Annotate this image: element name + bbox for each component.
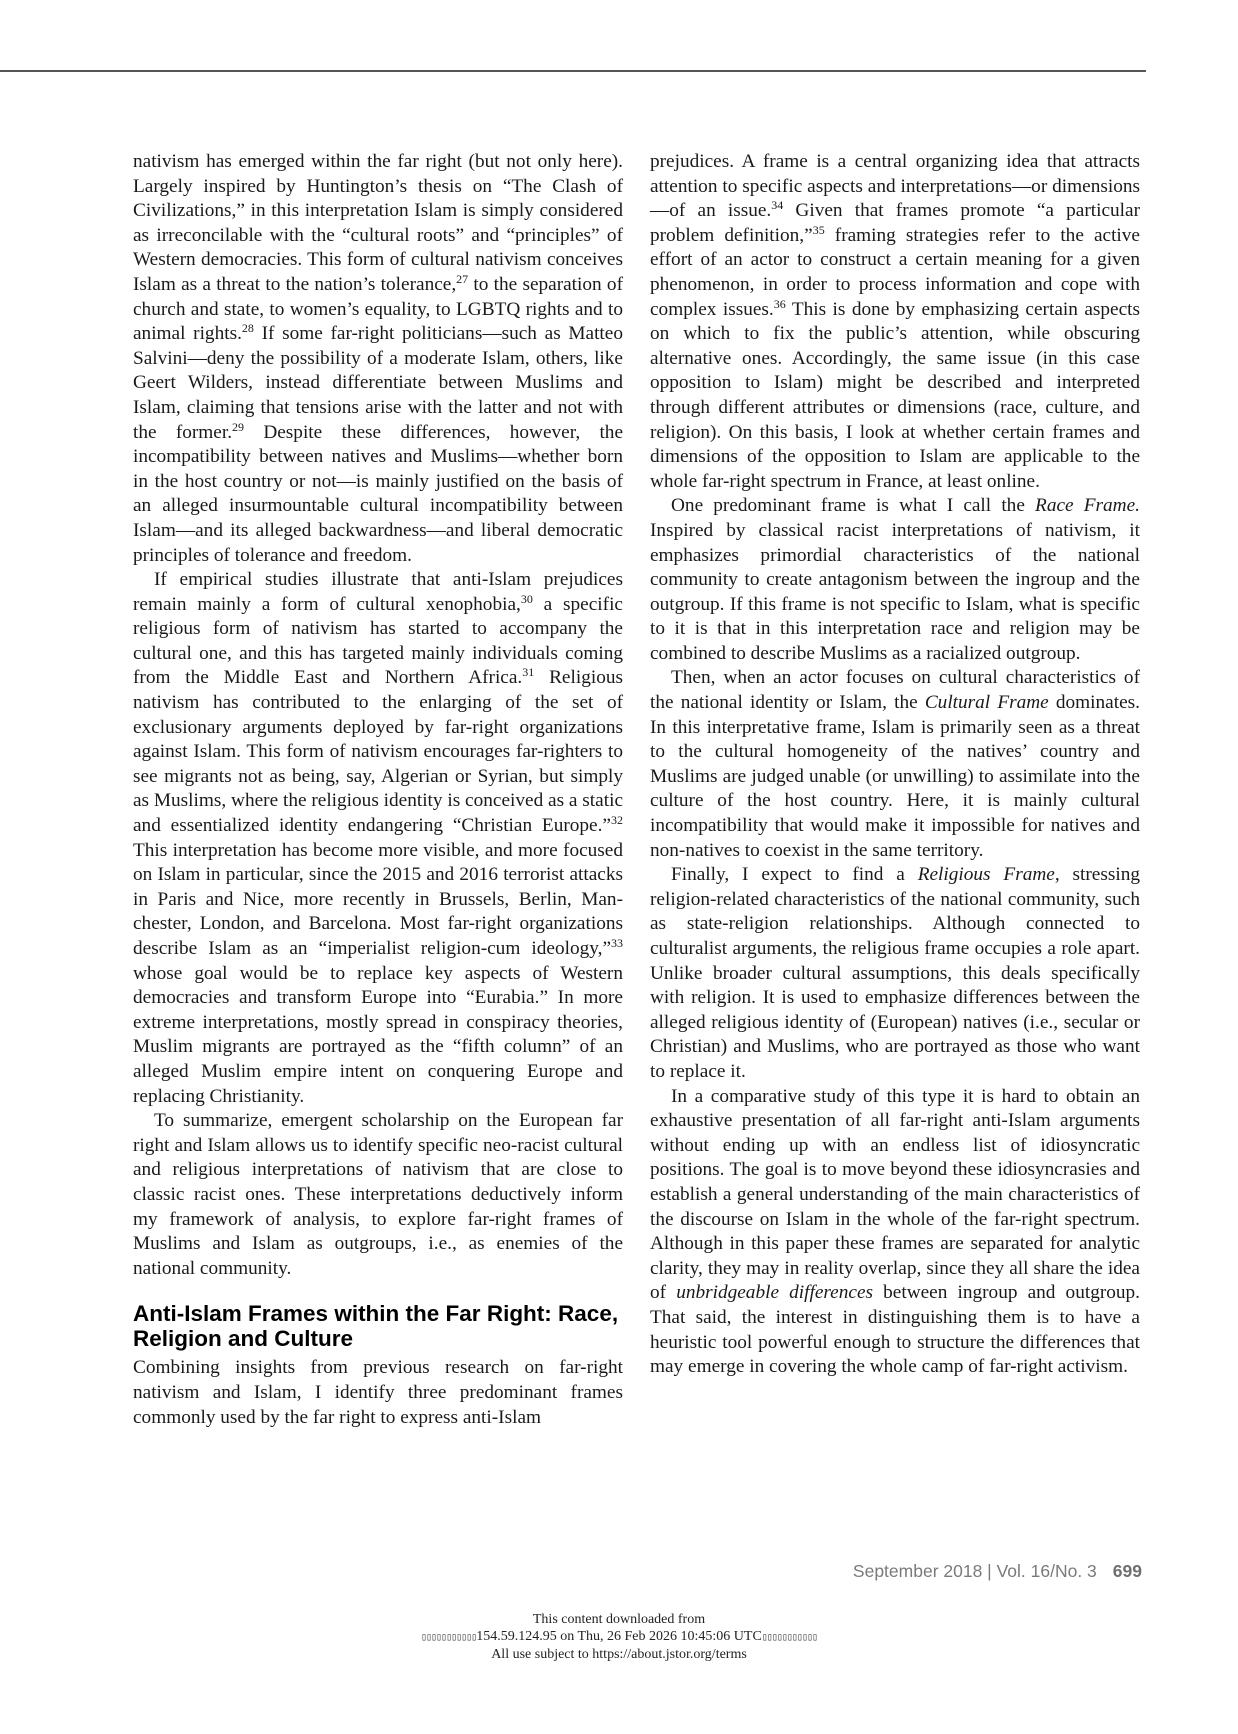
paragraph: One predominant frame is what I call the… xyxy=(650,494,1140,666)
text: This is done by emphasizing certain aspe… xyxy=(650,299,1140,492)
text: One predominant frame is what I call the xyxy=(671,495,1035,516)
paragraph: Finally, I expect to find a Religious Fr… xyxy=(650,863,1140,1084)
paragraph: If empirical studies illustrate that ant… xyxy=(133,568,623,1109)
footnote-ref[interactable]: 31 xyxy=(522,665,534,679)
header-rule xyxy=(0,70,1146,72)
footnote-ref[interactable]: 33 xyxy=(611,936,623,950)
section-heading: Anti-Islam Frames within the Far Right: … xyxy=(133,1301,623,1351)
footnote-ref[interactable]: 32 xyxy=(611,813,623,827)
text: Religious nativism has contributed to th… xyxy=(133,667,623,836)
footnote-ref[interactable]: 29 xyxy=(232,420,244,434)
footnote-ref[interactable]: 27 xyxy=(456,272,468,286)
emphasis-term: Race Frame. xyxy=(1035,495,1140,516)
paragraph: In a comparative study of this type it i… xyxy=(650,1085,1140,1380)
text: Despite these differences, however, the … xyxy=(133,422,623,566)
text: dominates. In this interpretative frame,… xyxy=(650,692,1140,861)
page-footer: September 2018 | Vol. 16/No. 3699 xyxy=(853,1561,1142,1582)
footnote-ref[interactable]: 28 xyxy=(242,321,254,335)
missing-glyph-boxes: ▯▯▯▯▯▯▯▯▯▯▯ xyxy=(421,1632,476,1643)
jstor-download-notice: This content downloaded from ▯▯▯▯▯▯▯▯▯▯▯… xyxy=(0,1611,1238,1663)
paragraph: Combining insights from previous researc… xyxy=(133,1356,623,1430)
text: whose goal would be to replace key aspec… xyxy=(133,963,623,1107)
notice-line: ▯▯▯▯▯▯▯▯▯▯▯154.59.124.95 on Thu, 26 Feb … xyxy=(0,1628,1238,1646)
paragraph: Then, when an actor focuses on cultural … xyxy=(650,666,1140,863)
paragraph: nativism has emerged within the far righ… xyxy=(133,150,623,568)
download-info: 154.59.124.95 on Thu, 26 Feb 2026 10:45:… xyxy=(476,1629,762,1644)
text: Inspired by classical racist interpretat… xyxy=(650,520,1140,664)
emphasis-term: Religious Frame xyxy=(918,864,1055,885)
text: Finally, I expect to find a xyxy=(671,864,918,885)
text: , stressing religion-related characteris… xyxy=(650,864,1140,1082)
left-column: nativism has emerged within the far righ… xyxy=(133,150,623,1430)
footnote-ref[interactable]: 34 xyxy=(771,198,783,212)
text: In a comparative study of this type it i… xyxy=(650,1086,1140,1304)
missing-glyph-boxes: ▯▯▯▯▯▯▯▯▯▯▯ xyxy=(762,1632,817,1643)
paragraph: To summarize, emergent scholarship on th… xyxy=(133,1109,623,1281)
page-number: 699 xyxy=(1113,1561,1142,1581)
right-column: prejudices. A frame is a central organiz… xyxy=(650,150,1140,1380)
footnote-ref[interactable]: 35 xyxy=(813,223,825,237)
footnote-ref[interactable]: 36 xyxy=(774,297,786,311)
text: This interpretation has become more visi… xyxy=(133,840,623,959)
paragraph: prejudices. A frame is a central organiz… xyxy=(650,150,1140,494)
journal-issue-info: September 2018 | Vol. 16/No. 3 xyxy=(853,1561,1097,1581)
notice-line: This content downloaded from xyxy=(0,1611,1238,1628)
terms-line[interactable]: All use subject to https://about.jstor.o… xyxy=(0,1646,1238,1663)
emphasis-term: unbridgeable differences xyxy=(676,1282,873,1303)
emphasis-term: Cultural Frame xyxy=(925,692,1049,713)
footnote-ref[interactable]: 30 xyxy=(521,592,533,606)
